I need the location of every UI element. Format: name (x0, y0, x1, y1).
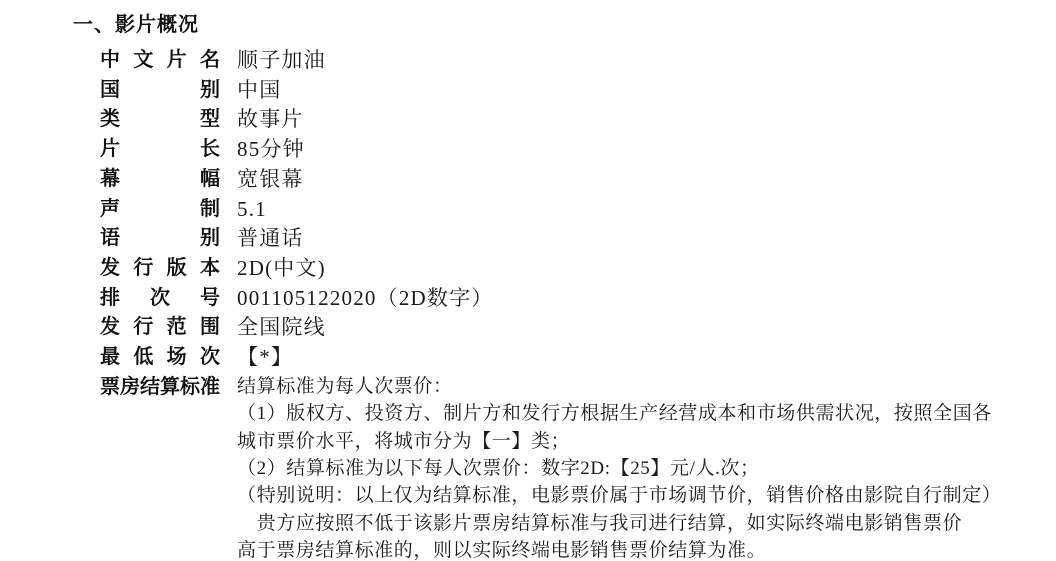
field-row-aspect: 幕幅 宽银幕 (100, 165, 1020, 195)
field-value: 故事片 (237, 105, 304, 135)
field-value: 【*】 (237, 343, 293, 373)
field-row-release-version: 发行版本 2D(中文) (100, 254, 1020, 284)
section-title: 一、影片概况 (73, 8, 199, 37)
field-row-language: 语别 普通话 (100, 224, 1020, 254)
field-row-chinese-title: 中文片名 顺子加油 (100, 46, 1020, 76)
field-label: 发行版本 (100, 254, 220, 284)
field-row-country: 国别 中国 (100, 76, 1020, 106)
field-value: 全国院线 (237, 313, 326, 343)
film-overview-document: 一、影片概况 中文片名 顺子加油 国别 中国 类型 故事片 片长 85分钟 幕幅… (0, 0, 1056, 561)
field-label: 发行范围 (100, 313, 220, 343)
field-label: 声制 (100, 195, 220, 225)
field-value: 宽银幕 (237, 165, 304, 195)
settlement-line: 城市票价水平，将城市分为【一】类； (237, 428, 1001, 455)
field-value: 2D(中文) (237, 254, 326, 284)
settlement-line: 高于票房结算标准的，则以实际终端电影销售票价结算为准。 (237, 537, 1001, 561)
settlement-line: 贵方应按照不低于该影片票房结算标准与我司进行结算，如实际终端电影销售票价 (237, 510, 1001, 537)
field-row-genre: 类型 故事片 (100, 105, 1020, 135)
field-label: 语别 (100, 224, 220, 254)
field-label: 票房结算标准 (100, 373, 220, 403)
field-label: 片长 (100, 135, 220, 165)
settlement-line: （特别说明：以上仅为结算标准，电影票价属于市场调节价，销售价格由影院自行制定） (237, 482, 1001, 509)
field-value: 普通话 (237, 224, 304, 254)
field-label: 幕幅 (100, 165, 220, 195)
settlement-line: （1）版权方、投资方、制片方和发行方根据生产经营成本和市场供需状况，按照全国各 (237, 400, 1001, 427)
field-row-runtime: 片长 85分钟 (100, 135, 1020, 165)
field-row-minimum-screenings: 最低场次 【*】 (100, 343, 1020, 373)
field-label: 最低场次 (100, 343, 220, 373)
settlement-paragraph: 结算标准为每人次票价： （1）版权方、投资方、制片方和发行方根据生产经营成本和市… (237, 373, 1001, 561)
field-value: 85分钟 (237, 135, 305, 165)
field-list: 中文片名 顺子加油 国别 中国 类型 故事片 片长 85分钟 幕幅 宽银幕 声制… (100, 46, 1020, 561)
settlement-line: （2）结算标准为以下每人次票价：数字2D:【25】元/人.次； (237, 455, 1001, 482)
field-label: 国别 (100, 76, 220, 106)
field-row-release-scope: 发行范围 全国院线 (100, 313, 1020, 343)
field-label: 排次号 (100, 284, 220, 314)
field-value: 顺子加油 (237, 46, 326, 76)
field-value: 001105122020（2D数字） (237, 284, 494, 314)
field-label: 中文片名 (100, 46, 220, 76)
field-row-serial-number: 排次号 001105122020（2D数字） (100, 284, 1020, 314)
field-row-settlement-standard: 票房结算标准 结算标准为每人次票价： （1）版权方、投资方、制片方和发行方根据生… (100, 373, 1020, 561)
field-value: 5.1 (237, 195, 267, 225)
field-value: 中国 (237, 76, 281, 106)
field-label: 类型 (100, 105, 220, 135)
field-row-sound: 声制 5.1 (100, 195, 1020, 225)
settlement-line: 结算标准为每人次票价： (237, 373, 1001, 400)
